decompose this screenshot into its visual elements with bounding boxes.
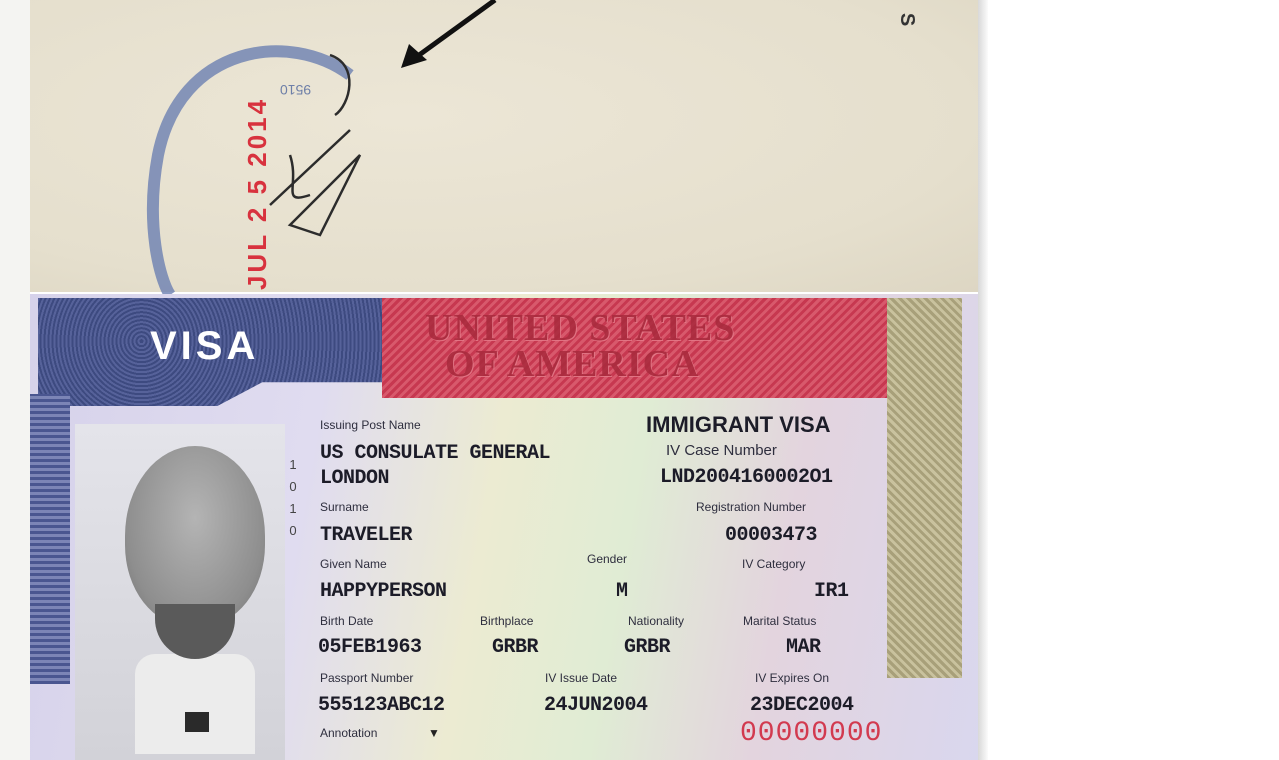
category-label: IV Category	[742, 557, 805, 571]
expires-label: IV Expires On	[755, 671, 829, 685]
given-name-label: Given Name	[320, 557, 387, 571]
surname-value: TRAVELER	[320, 524, 412, 547]
marital-status-value: MAR	[786, 636, 821, 659]
gender-value: M	[616, 580, 628, 603]
category-value: IR1	[814, 580, 849, 603]
photo-head	[125, 446, 265, 626]
surname-label: Surname	[320, 500, 369, 514]
birth-date-value: 05FEB1963	[318, 636, 422, 659]
stamp-date: JUL 2 5 2014	[242, 97, 273, 290]
issuing-post-line-2: LONDON	[320, 467, 389, 490]
gold-security-band	[887, 298, 962, 678]
visa-foil: VISA UNITED STATES OF AMERICA 1 0 1 0 IM…	[30, 294, 978, 760]
nationality-label: Nationality	[628, 614, 684, 628]
country-title: UNITED STATES OF AMERICA	[425, 310, 855, 382]
photo-beard	[155, 604, 235, 659]
birth-date-label: Birth Date	[320, 614, 373, 628]
issue-date-label: IV Issue Date	[545, 671, 617, 685]
passport-page-top: S 9510 JUL 2 5 2014	[30, 0, 981, 292]
visa-heading: VISA	[150, 324, 259, 369]
nationality-value: GRBR	[624, 636, 670, 659]
birthplace-label: Birthplace	[480, 614, 533, 628]
issuing-post-label: Issuing Post Name	[320, 418, 421, 432]
holder-photo	[75, 424, 285, 760]
issuing-post-line-1: US CONSULATE GENERAL	[320, 442, 550, 465]
page-edge-shadow	[978, 0, 988, 760]
given-name-value: HAPPYPERSON	[320, 580, 447, 603]
stamp-code: 9510	[280, 82, 311, 98]
issue-date-value: 24JUN2004	[544, 694, 648, 717]
side-digits: 1 0 1 0	[288, 454, 298, 542]
annotation-label: Annotation	[320, 726, 377, 740]
passport-number-label: Passport Number	[320, 671, 413, 685]
gender-label: Gender	[587, 552, 627, 566]
photo-shirt	[135, 654, 255, 754]
case-number-label: IV Case Number	[666, 442, 777, 459]
left-margin	[0, 0, 30, 760]
country-line-1: UNITED STATES	[425, 310, 855, 346]
arrow-icon	[395, 0, 505, 72]
marital-status-label: Marital Status	[743, 614, 816, 628]
visa-type: IMMIGRANT VISA	[646, 412, 831, 438]
passport-number-value: 555123ABC12	[318, 694, 445, 717]
registration-value: 00003473	[725, 524, 817, 547]
photo-tie	[185, 712, 209, 732]
annotation-marker-icon: ▼	[428, 726, 440, 740]
case-number-value: LND2004160002O1	[660, 466, 833, 489]
expires-value: 23DEC2004	[750, 694, 854, 717]
blue-side-band	[30, 394, 70, 684]
registration-label: Registration Number	[696, 500, 806, 514]
country-line-2: OF AMERICA	[425, 346, 855, 382]
corner-mark: S	[895, 13, 918, 26]
birthplace-value: GRBR	[492, 636, 538, 659]
control-number: 00000000	[740, 718, 882, 749]
